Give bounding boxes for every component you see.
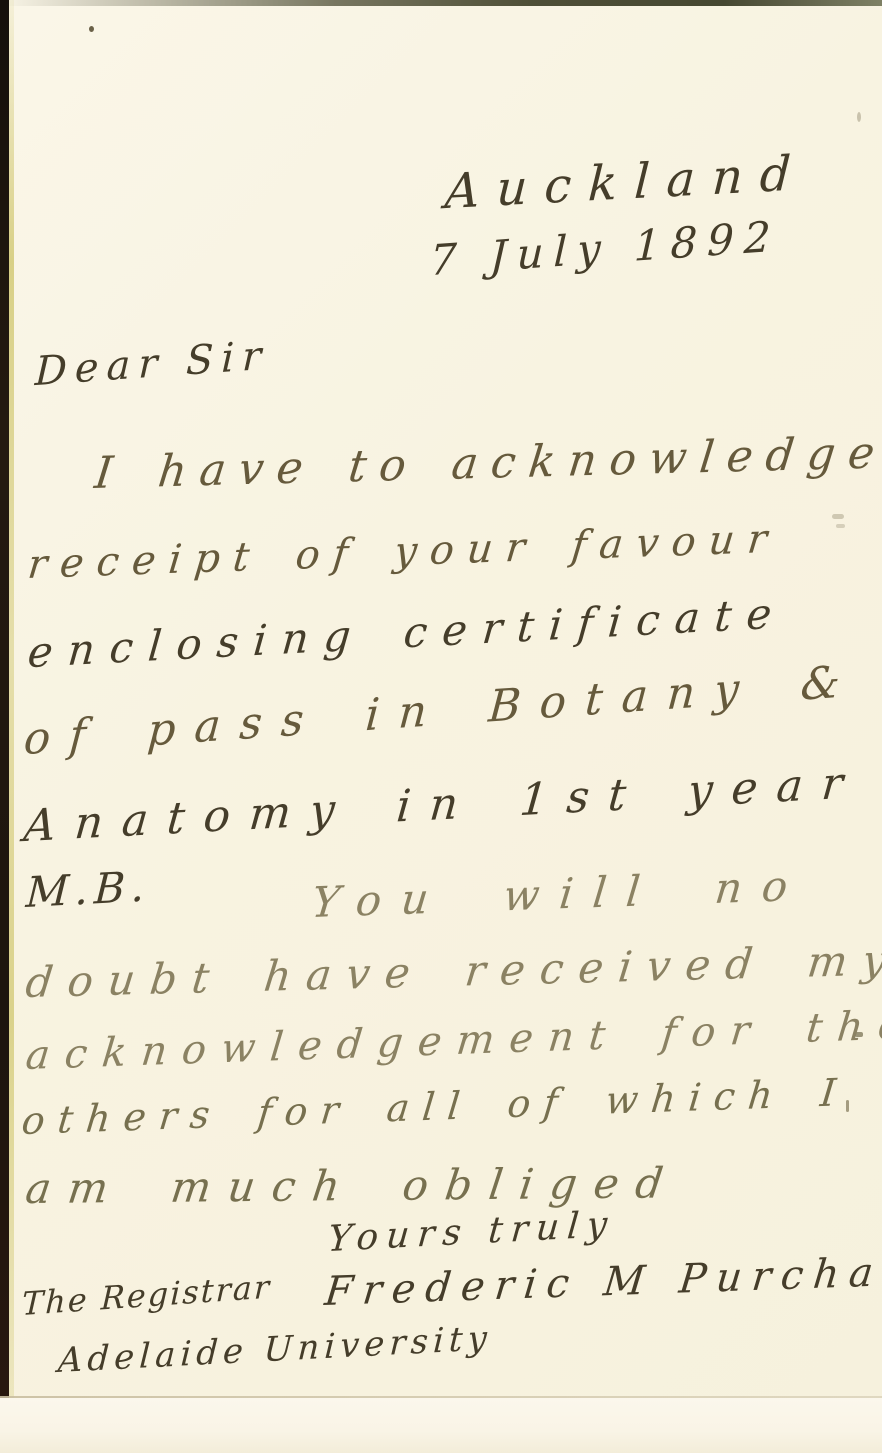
paper-speck [836,524,845,528]
closing: Yours truly [326,1207,616,1258]
body-line: others for all of which I [20,1073,851,1140]
paper-speck [832,514,844,519]
paper-speck [857,112,861,122]
body-line: am much obliged [23,1162,682,1210]
body-line: receipt of your favour [26,519,782,585]
body-line: M.B. [25,865,152,914]
recipient-registrar: The Registrar [21,1270,271,1320]
recipient-university: Adelaide University [57,1321,493,1378]
paper-below-fold [0,1398,882,1453]
scan-top-edge [0,0,882,6]
body-line: doubt have received my [24,939,882,1004]
letterhead-place: Auckland [444,149,809,216]
letterhead-date: 7 July 1892 [429,215,781,282]
body-line: I have to acknowledge [92,431,882,496]
signature: Frederic M Purchas [323,1251,882,1312]
body-line: Anatomy in 1st year [22,761,864,849]
scan-left-edge [0,0,9,1453]
body-line: enclosing certificate [26,592,788,674]
salutation: Dear Sir [34,336,270,393]
scan-left-edge-highlight [9,0,14,1453]
paper-speck [89,26,94,32]
letter-page: Auckland 7 July 1892 Dear Sir I have to … [0,0,882,1453]
body-line: of pass in Botany & [22,659,860,762]
body-line: acknowledgement for the [24,1005,882,1076]
body-line: You will no [310,865,810,924]
